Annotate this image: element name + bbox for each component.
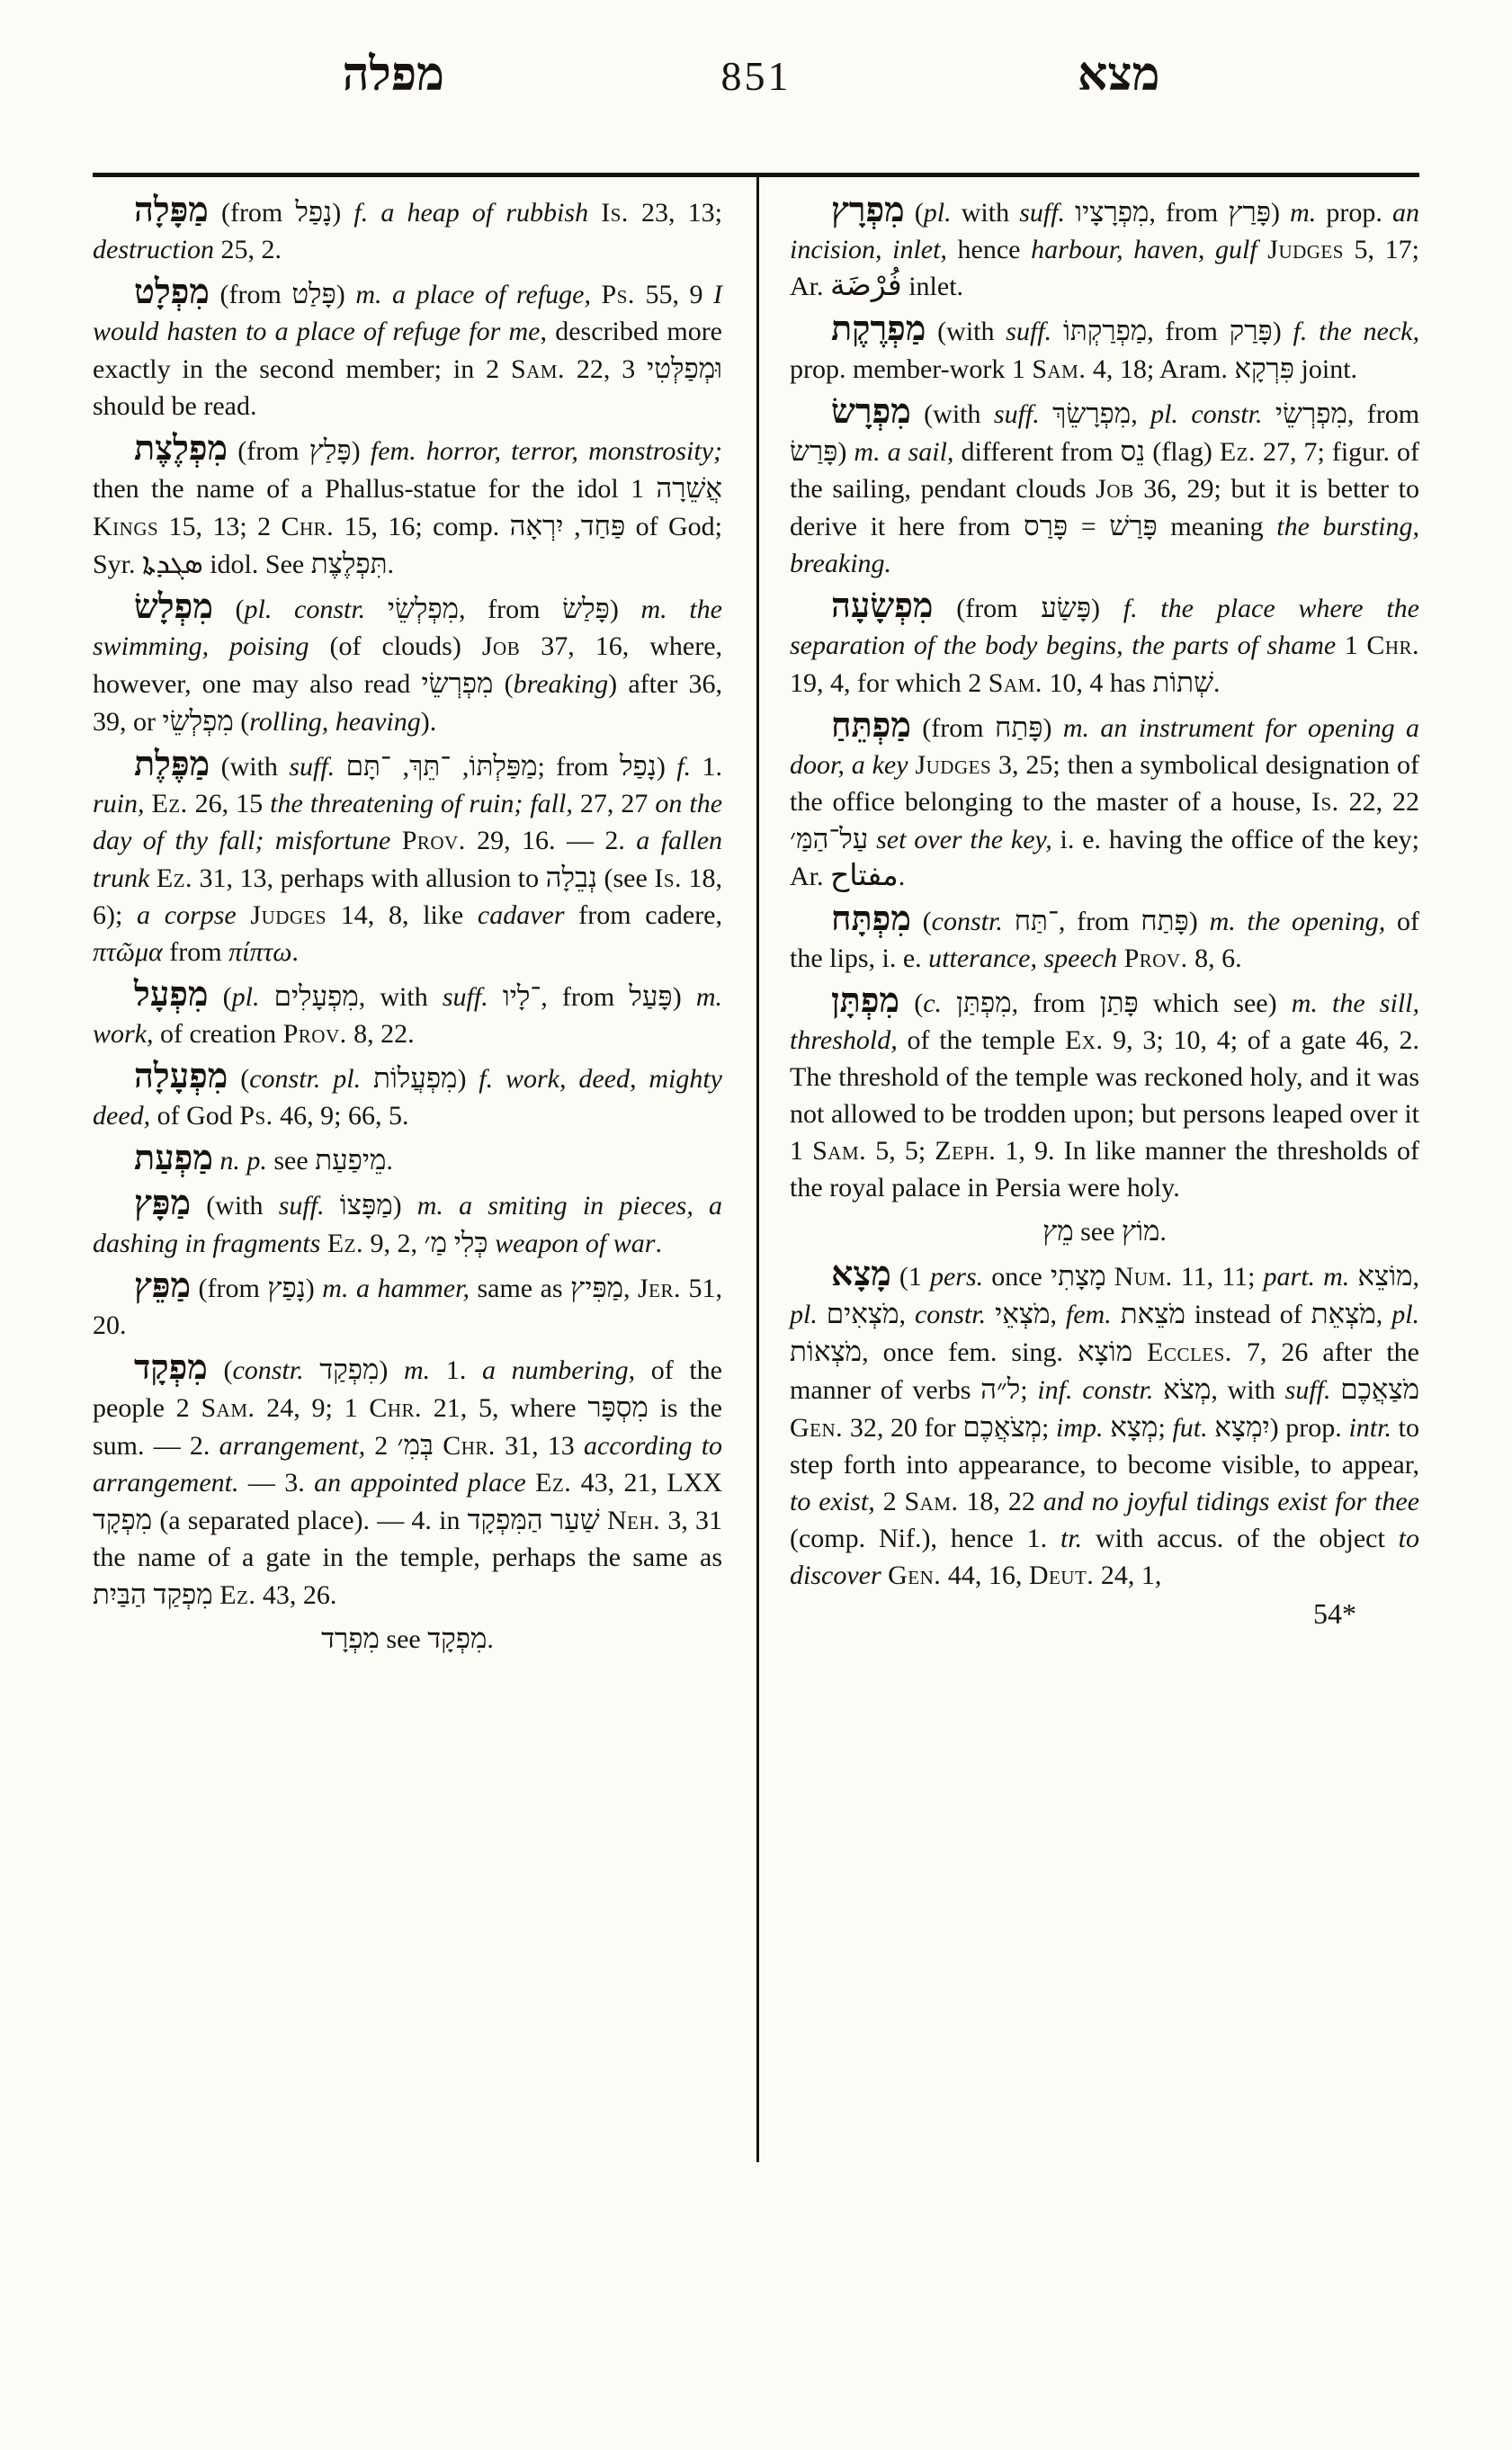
entry-text-run: מָצָתִי bbox=[1051, 1260, 1106, 1292]
entry-text-run: ; from bbox=[538, 752, 620, 782]
dictionary-entry: מִפְעָלָה (constr. pl. מִפְעֲלוֹת) f. wo… bbox=[93, 1059, 722, 1134]
entry-text-run: 23, 13; bbox=[629, 198, 722, 228]
entry-text-run: Ps. bbox=[602, 280, 635, 309]
entry-text-run: 27, 27 bbox=[573, 789, 656, 818]
entry-text-run: , from bbox=[1347, 399, 1419, 429]
entry-text-run: Deut. bbox=[1029, 1560, 1095, 1590]
entry-text-run: , from bbox=[1012, 988, 1100, 1018]
dictionary-entry: מַפְרֶקֶת (with suff. מַפְרַקְתּוֹ, from… bbox=[790, 311, 1419, 388]
entry-text-run: מִפְקַד הַבַּיִת bbox=[93, 1578, 213, 1610]
entry-text-run: (from bbox=[911, 713, 995, 743]
entry-text-run: of God bbox=[150, 1101, 239, 1131]
entry-text-run: Chr. bbox=[369, 1393, 422, 1423]
entry-text-run: תִּפְלֶצֶת bbox=[311, 548, 388, 579]
entry-text-run: Ps. bbox=[239, 1101, 273, 1131]
entry-text-run: 21, 5, where bbox=[422, 1393, 587, 1423]
entry-text-run: מוֹץ bbox=[1122, 1215, 1159, 1247]
entry-text-run: pers. bbox=[930, 1262, 983, 1292]
entry-headword: מַפֶּלֶת bbox=[134, 746, 210, 783]
entry-text-run: מִפְקָד bbox=[427, 1623, 487, 1654]
entry-text-run: . bbox=[386, 1146, 393, 1176]
entry-text-run: ) bbox=[1189, 907, 1210, 936]
entry-text-run bbox=[365, 1431, 374, 1461]
entry-text-run: opening, bbox=[1292, 907, 1385, 936]
entry-text-run: 55, 9 bbox=[635, 280, 713, 309]
entry-text-run: פָּתַח bbox=[1141, 905, 1189, 936]
dictionary-entry: מַפְעַת n. p. see מֵיפַעַת. bbox=[93, 1140, 722, 1179]
entry-text-run: Job bbox=[482, 631, 520, 661]
entry-text-run bbox=[1117, 943, 1124, 973]
entry-text-run: פָּתַן bbox=[1100, 987, 1139, 1018]
entry-text-run: 15, 13; 2 bbox=[158, 512, 281, 541]
entry-text-run: Sam. bbox=[989, 668, 1042, 698]
entry-text-run: 9, 2, bbox=[363, 1229, 425, 1258]
entry-text-run: fem. horror, terror, monstrosity; bbox=[371, 436, 722, 466]
entry-text-run: Job bbox=[1096, 474, 1133, 504]
entry-text-run: פָּעַל bbox=[629, 980, 672, 1012]
entry-text-run: different from bbox=[953, 437, 1120, 467]
entry-headword: מִפְקָד bbox=[134, 1349, 208, 1387]
entry-text-run bbox=[818, 1300, 827, 1329]
entry-text-run: פָּשַׂע bbox=[1041, 592, 1091, 623]
entry-text-run: , from bbox=[1059, 907, 1141, 936]
entry-text-run: prop. bbox=[1316, 198, 1392, 228]
entry-text-run: from bbox=[163, 937, 228, 967]
dictionary-entry: מִפְלָט (from פָּלַט) m. a place of refu… bbox=[93, 274, 722, 425]
entry-text-run: מְצֹאֲכֶם bbox=[962, 1411, 1042, 1443]
entry-text-run: פָּרַשׁ bbox=[1109, 510, 1157, 541]
entry-text-run: מַפְרַקְתּוֹ bbox=[1063, 315, 1147, 346]
entry-text-run: מִסְפָּר bbox=[587, 1391, 648, 1423]
entry-text-run: Neh. bbox=[607, 1506, 660, 1535]
entry-text-run: cadaver bbox=[478, 900, 565, 930]
page-header: מפלה 851 מצא bbox=[93, 52, 1419, 99]
entry-text-run: suff. bbox=[289, 752, 335, 782]
entry-text-run: constr. bbox=[915, 1300, 986, 1329]
entry-headword: מִפְרָשׂ bbox=[831, 393, 911, 431]
entry-text-run: 8, 22. bbox=[347, 1019, 415, 1049]
entry-text-run: . bbox=[487, 1624, 494, 1654]
entry-text-run bbox=[942, 988, 956, 1018]
entry-text-run: עַל־הַמַּ׳ bbox=[790, 823, 868, 854]
entry-text-run: כְּלִי מַ׳ bbox=[425, 1227, 488, 1258]
entry-headword: מַפְרֶקֶת bbox=[831, 310, 926, 348]
entry-text-run: מְצֹא bbox=[1163, 1373, 1211, 1405]
entry-text-run: Sam. bbox=[201, 1393, 255, 1423]
entry-text-run: fut. bbox=[1172, 1413, 1207, 1443]
entry-text-run bbox=[361, 1064, 373, 1094]
entry-text-run: فُرْضَة bbox=[830, 270, 902, 302]
entry-text-run: Ez. bbox=[152, 789, 188, 818]
entry-text-run bbox=[259, 982, 273, 1012]
entry-text-run: intr. bbox=[1348, 1413, 1391, 1443]
entry-text-run: Ex. bbox=[1065, 1025, 1104, 1055]
entry-text-run: (from bbox=[933, 594, 1041, 623]
entry-text-run: same as bbox=[470, 1274, 570, 1303]
entry-text-run bbox=[149, 863, 157, 893]
entry-text-run: suff. bbox=[994, 399, 1040, 429]
entry-text-run: f. the neck, bbox=[1293, 317, 1419, 346]
entry-text-run: (1 bbox=[891, 1262, 930, 1292]
entry-text-run: 24, 9; 1 bbox=[255, 1393, 370, 1423]
page-number: 851 bbox=[694, 56, 819, 97]
entry-text-run: פַּחַד, יִרְאָה bbox=[510, 510, 626, 541]
entry-text-run: 46, 9; 66, 5. bbox=[273, 1101, 409, 1131]
entry-text-run bbox=[237, 900, 251, 930]
entry-text-run: pl. bbox=[1391, 1300, 1419, 1329]
entry-text-run: ; bbox=[1158, 1413, 1172, 1443]
entry-text-run bbox=[1331, 1375, 1341, 1405]
entry-text-run: inf. constr. bbox=[1037, 1375, 1153, 1405]
entry-text-run: ) bbox=[336, 280, 356, 309]
entry-text-run: and no joyful tidings exist for thee bbox=[1043, 1487, 1419, 1516]
entry-text-run: Gen. bbox=[790, 1413, 843, 1443]
entry-text-run: מֵיפַעַת bbox=[315, 1144, 386, 1176]
entry-text-run: ) bbox=[673, 982, 696, 1012]
entry-text-run: Zeph. bbox=[935, 1136, 996, 1166]
entry-text-run: suff. bbox=[1019, 198, 1065, 228]
entry-text-run: מֹצְאֵת bbox=[1311, 1298, 1376, 1329]
entry-text-run bbox=[1051, 317, 1063, 346]
entry-text-run: מִפְרְשֵׂי bbox=[422, 667, 494, 699]
entry-text-run: ( bbox=[228, 1064, 249, 1094]
entry-text-run: n. p. bbox=[219, 1146, 267, 1176]
entry-text-run: Prov. bbox=[283, 1019, 347, 1049]
entry-text-run: weapon of war bbox=[495, 1229, 655, 1258]
entry-text-run: ) bbox=[393, 1191, 417, 1221]
entry-text-run: מַפַּלְתּוֹ, ־תֵּךְ, ־תָּם bbox=[346, 750, 538, 782]
entry-text-run bbox=[145, 789, 152, 818]
entry-text-run: see bbox=[1074, 1217, 1122, 1247]
entry-text-run: pl. bbox=[924, 198, 952, 228]
entry-text-run: مفتاح bbox=[830, 860, 899, 892]
entry-text-run: an appointed place bbox=[314, 1468, 526, 1498]
entry-text-run: ) bbox=[306, 1274, 323, 1303]
entry-text-run: ( bbox=[234, 707, 250, 737]
entry-text-run: a corpse bbox=[137, 900, 237, 930]
entry-text-run: joint. bbox=[1294, 354, 1357, 384]
entry-text-run: ) bbox=[352, 436, 371, 466]
dictionary-entry: מִפְעָל (pl. מִפְעָלִים, with suff. ־לָי… bbox=[93, 977, 722, 1052]
entry-headword: מַפָּלָה bbox=[134, 192, 209, 229]
entry-text-run: 44, 16, bbox=[941, 1560, 1029, 1590]
entry-text-run: ) bbox=[1042, 713, 1062, 743]
entry-text-run bbox=[1263, 399, 1275, 429]
entry-text-run bbox=[1257, 235, 1268, 264]
entry-text-run: (from bbox=[209, 198, 296, 228]
entry-text-run: once bbox=[983, 1262, 1051, 1292]
entry-text-run: ) bbox=[1271, 198, 1290, 228]
entry-text-run bbox=[304, 1355, 320, 1385]
entry-text-run: , bbox=[1050, 1300, 1065, 1329]
entry-text-run: inlet. bbox=[902, 272, 963, 301]
entry-text-run: 14, 8, like bbox=[327, 900, 478, 930]
entry-text-run: , bbox=[899, 1300, 915, 1329]
entry-text-run: m. bbox=[1290, 198, 1316, 228]
header-keyword-left: מפלה bbox=[93, 52, 694, 99]
entry-headword: מַפְעַת bbox=[134, 1140, 213, 1177]
entry-text-run: ל״ה bbox=[980, 1373, 1020, 1405]
entry-text-run: מַפָּצוֹ bbox=[340, 1189, 393, 1221]
entry-text-run: rolling, heaving bbox=[249, 707, 421, 737]
entry-text-run: meaning bbox=[1158, 512, 1277, 541]
entry-text-run: מְצָא bbox=[1110, 1411, 1158, 1443]
entry-text-run: מִפְרָד bbox=[321, 1623, 380, 1654]
entry-text-run: , bbox=[623, 1274, 638, 1303]
entry-text-run: Ez. bbox=[327, 1229, 363, 1258]
entry-text-run: ) bbox=[332, 198, 353, 228]
entry-text-run: אֲשֵׁרָה bbox=[656, 472, 722, 504]
entry-text-run: פִּרְקָא bbox=[1234, 353, 1294, 384]
entry-text-run: , from bbox=[1147, 317, 1229, 346]
entry-text-run: see bbox=[380, 1624, 427, 1654]
entry-text-run: פָּלַט bbox=[291, 278, 336, 309]
entry-text-run: m. a hammer, bbox=[322, 1274, 470, 1303]
entry-text-run bbox=[1040, 399, 1052, 429]
entry-text-run: (comp. Nif.), hence 1. bbox=[790, 1524, 1060, 1553]
entry-text-run: 29, 16. — 2. bbox=[466, 826, 637, 855]
entry-text-run: מַפִּיץ bbox=[570, 1272, 623, 1303]
entry-text-run: Prov. bbox=[402, 826, 466, 855]
entry-text-run: Is. bbox=[654, 863, 682, 893]
entry-text-run: ) bbox=[1273, 317, 1293, 346]
entry-text-run: Chr. bbox=[281, 512, 334, 541]
entry-text-run bbox=[1153, 1375, 1163, 1405]
entry-text-run: (see bbox=[597, 863, 654, 893]
entry-text-run: (a separated place). — 4. in bbox=[152, 1506, 468, 1535]
entry-text-run: fem. bbox=[1066, 1300, 1112, 1329]
entry-text-run: , from bbox=[1149, 198, 1228, 228]
entry-text-run: מִפְקַד bbox=[319, 1354, 379, 1385]
entry-text-run: מֹצְאוֹת bbox=[790, 1336, 862, 1367]
entry-text-run: ־תַּח bbox=[1015, 905, 1059, 936]
entry-headword: מָצָא bbox=[831, 1256, 891, 1293]
entry-text-run bbox=[1280, 907, 1292, 936]
entry-text-run: of creation bbox=[154, 1019, 283, 1049]
entry-text-run: 1. bbox=[691, 752, 722, 782]
entry-text-run: Judges bbox=[1267, 235, 1344, 264]
entry-text-run: Gen. bbox=[888, 1560, 941, 1590]
entry-text-run: מִפְלְשֵׂי bbox=[388, 593, 459, 624]
dictionary-entry: מֵץ see מוֹץ. bbox=[790, 1212, 1419, 1250]
entry-text-run: m. a sail, bbox=[854, 437, 953, 467]
entry-text-run: . bbox=[655, 1229, 662, 1258]
entry-text-run: Judges bbox=[915, 750, 991, 780]
entry-text-run: מִפְקָד bbox=[93, 1504, 152, 1535]
entry-text-run bbox=[600, 1506, 607, 1535]
entry-text-run: נְבֵלָה bbox=[546, 862, 597, 893]
entry-text-run: . bbox=[388, 550, 395, 579]
entry-text-run: Eccles. bbox=[1147, 1337, 1232, 1367]
entry-text-run: ) bbox=[457, 1064, 479, 1094]
entry-text-run bbox=[1112, 1300, 1121, 1329]
dictionary-entry: מַפָּץ (with suff. מַפָּצוֹ) m. a smitin… bbox=[93, 1185, 722, 1262]
entry-text-run: מִפְרְשֵׂי bbox=[1275, 398, 1347, 429]
entry-text-run: Ez. bbox=[157, 863, 192, 893]
entry-text-run: utterance, speech bbox=[928, 943, 1117, 973]
entry-text-run: 1. bbox=[430, 1355, 482, 1385]
entry-text-run bbox=[488, 982, 503, 1012]
entry-text-run: , from bbox=[459, 595, 562, 624]
entry-text-run: (of clouds) bbox=[309, 631, 482, 661]
dictionary-entry: מַפֵּץ (from נָפַץ) m. a hammer, same as… bbox=[93, 1268, 722, 1344]
entry-text-run bbox=[986, 1300, 995, 1329]
entry-text-run: ( bbox=[899, 988, 923, 1018]
entry-text-run: pl. constr. bbox=[1150, 399, 1262, 429]
entry-text-run: pl. bbox=[232, 982, 260, 1012]
entry-text-run: (with bbox=[926, 317, 1006, 346]
entry-text-run: imp. bbox=[1056, 1413, 1104, 1443]
entry-text-run: מִפְרָצָיו bbox=[1075, 196, 1149, 228]
dictionary-entry: מִפְלֶצֶת (from פָּלַץ) fem. horror, ter… bbox=[93, 431, 722, 583]
entry-headword: מִפְלָט bbox=[134, 273, 210, 311]
entry-text-run: 11, 11; bbox=[1173, 1262, 1264, 1292]
entry-text-run: ־לָיו bbox=[503, 980, 541, 1012]
entry-text-run: ; bbox=[1020, 1375, 1037, 1405]
entry-text-run: 31, 13 bbox=[496, 1431, 584, 1461]
entry-text-run: then the name of a Phallus-statue for th… bbox=[93, 474, 631, 504]
right-column: מִפְרָץ (pl. with suff. מִפְרָצָיו, from… bbox=[790, 192, 1419, 1658]
dictionary-entry: מַפֶּלֶת (with suff. מַפַּלְתּוֹ, ־תֵּךְ… bbox=[93, 747, 722, 970]
entry-text-run: (flag) bbox=[1145, 437, 1220, 467]
entry-headword: מַפָּץ bbox=[134, 1185, 191, 1222]
entry-text-run: hence bbox=[947, 235, 1031, 264]
entry-text-run: (from bbox=[210, 280, 291, 309]
entry-text-run: Ez. bbox=[1220, 437, 1256, 467]
entry-text-run: Is. bbox=[601, 198, 629, 228]
entry-text-run: ( bbox=[213, 595, 245, 624]
entry-headword: מִפְתָּן bbox=[831, 982, 899, 1020]
dictionary-entry: מִפְתָּח (constr. ־תַּח, from פָּתַח) m.… bbox=[790, 901, 1419, 977]
dictionary-entry: מִפְלָשׂ (pl. constr. מִפְלְשֵׂי, from פ… bbox=[93, 589, 722, 740]
entry-text-run: 43, 21, LXX bbox=[571, 1468, 722, 1498]
entry-text-run: the threatening of ruin; fall, bbox=[270, 789, 573, 818]
entry-headword: מַפֵּץ bbox=[134, 1267, 191, 1305]
entry-text-run: Sam. bbox=[905, 1487, 959, 1516]
entry-text-run: פָּרַשׂ bbox=[790, 435, 837, 467]
entry-text-run: 2 bbox=[875, 1487, 905, 1516]
entry-text-run: נָפַל bbox=[295, 196, 332, 228]
dictionary-entry: מַפָּלָה (from נָפַל) f. a heap of rubbi… bbox=[93, 192, 722, 268]
entry-text-run: f. a heap of rubbish bbox=[353, 198, 588, 228]
entry-text-run: suff. bbox=[1285, 1375, 1331, 1405]
left-column: מַפָּלָה (from נָפַל) f. a heap of rubbi… bbox=[93, 192, 722, 1658]
entry-text-run: , with bbox=[359, 982, 443, 1012]
entry-text-run: וּמְפַלְּטִי bbox=[647, 353, 722, 384]
entry-text-run: מִפְלְשֵׂי bbox=[163, 705, 234, 737]
text-columns: מַפָּלָה (from נָפַל) f. a heap of rubbi… bbox=[93, 192, 1419, 1658]
entry-text-run: Sam. bbox=[1032, 354, 1086, 384]
entry-text-run: πτῶμα bbox=[93, 937, 163, 967]
entry-text-run bbox=[1065, 198, 1075, 228]
entry-text-run: . bbox=[899, 862, 906, 891]
entry-text-run: ( bbox=[493, 669, 513, 699]
entry-text-run: מֹצֵאת bbox=[1121, 1298, 1185, 1329]
entry-text-run: with accus. of the object bbox=[1082, 1524, 1399, 1553]
entry-text-run: פָּלַץ bbox=[309, 434, 352, 466]
entry-text-run: tr. bbox=[1060, 1524, 1082, 1553]
entry-text-run: 22, 3 bbox=[565, 354, 647, 384]
lexicon-page: מפלה 851 מצא מַפָּלָה (from נָפַל) f. a … bbox=[0, 0, 1512, 2450]
entry-text-run: נָפַל bbox=[620, 750, 657, 782]
entry-text-run: harbour, haven, gulf bbox=[1031, 235, 1257, 264]
entry-text-run: instead of bbox=[1185, 1300, 1311, 1329]
entry-text-run: ) bbox=[657, 752, 676, 782]
entry-text-run: Jer. bbox=[638, 1274, 681, 1303]
entry-text-run: 22, 22 bbox=[1339, 787, 1419, 817]
entry-headword: מִפְעָל bbox=[134, 976, 208, 1014]
entry-text-run: constr. bbox=[232, 1355, 303, 1385]
entry-text-run bbox=[526, 1468, 535, 1498]
entry-text-run: פָּלַשׂ bbox=[562, 593, 610, 624]
entry-text-run: prop. member-work 1 bbox=[790, 354, 1032, 384]
entry-text-run: ( bbox=[911, 907, 932, 936]
entry-text-run: , from bbox=[541, 982, 629, 1012]
entry-text-run: מוֹצָא bbox=[1078, 1336, 1132, 1367]
entry-text-run: should be read. bbox=[93, 391, 256, 421]
entry-text-run: (with bbox=[911, 399, 994, 429]
entry-text-run: . bbox=[1159, 1217, 1167, 1247]
entry-text-run: pl. bbox=[790, 1300, 818, 1329]
entry-text-run bbox=[335, 752, 345, 782]
entry-text-run: 4, 18; Aram. bbox=[1086, 354, 1234, 384]
entry-text-run: suff. bbox=[443, 982, 488, 1012]
entry-text-run: arrangement, bbox=[219, 1431, 365, 1461]
entry-text-run: מֹצְאִים bbox=[827, 1298, 899, 1329]
entry-text-run: , bbox=[1376, 1300, 1391, 1329]
entry-text-run: 1 bbox=[631, 474, 656, 504]
entry-text-run: breaking bbox=[514, 669, 609, 699]
entry-text-run: of the temple bbox=[898, 1025, 1065, 1055]
entry-text-run: ( bbox=[905, 198, 924, 228]
entry-text-run: Kings bbox=[93, 512, 158, 541]
dictionary-entry: מִפְרָד see מִפְקָד. bbox=[93, 1620, 722, 1658]
entry-text-run: destruction bbox=[93, 235, 214, 264]
entry-text-run: , bbox=[1413, 1262, 1420, 1292]
entry-text-run bbox=[1349, 1262, 1357, 1292]
entry-text-run: שַׁעַר הַמִּפְקָד bbox=[468, 1504, 600, 1535]
entry-headword: מִפְתָּח bbox=[831, 900, 911, 938]
entry-text-run bbox=[591, 280, 602, 309]
entry-text-run: Sam. bbox=[812, 1136, 866, 1166]
entry-text-run: 19, 4, for which 2 bbox=[790, 668, 989, 698]
entry-text-run: פָּרַס bbox=[1024, 510, 1068, 541]
entry-text-run: (from bbox=[228, 436, 309, 466]
entry-headword: מִפְרָץ bbox=[831, 192, 905, 229]
entry-text-run: ) bbox=[837, 437, 854, 467]
entry-text-run: . bbox=[1213, 668, 1221, 698]
entry-text-run: . bbox=[291, 937, 299, 967]
entry-text-run: Ez. bbox=[535, 1468, 571, 1498]
dictionary-entry: מִפְקָד (constr. מִפְקַד) m. 1. a number… bbox=[93, 1350, 722, 1614]
entry-text-run: ܣܓܕܬܐ bbox=[142, 547, 203, 579]
entry-text-run: Judges bbox=[250, 900, 327, 930]
entry-text-run: suff. bbox=[1006, 317, 1051, 346]
entry-text-run bbox=[1132, 1337, 1147, 1367]
entry-text-run: (with bbox=[210, 752, 289, 782]
entry-text-run: 15, 16; comp. bbox=[334, 512, 509, 541]
entry-headword: מִפְלָשׂ bbox=[134, 588, 213, 626]
entry-text-run: c. bbox=[923, 988, 942, 1018]
entry-text-run: 26, 15 bbox=[188, 789, 271, 818]
entry-text-run: נֵס bbox=[1121, 435, 1146, 467]
entry-text-run: פָּרַץ bbox=[1228, 196, 1271, 228]
entry-text-run: f. bbox=[676, 752, 691, 782]
entry-text-run: set over the key, bbox=[876, 825, 1052, 854]
entry-text-run: (with bbox=[191, 1191, 279, 1221]
entry-text-run: 1 bbox=[1336, 630, 1366, 660]
entry-text-run: 5, 5; bbox=[866, 1136, 935, 1166]
